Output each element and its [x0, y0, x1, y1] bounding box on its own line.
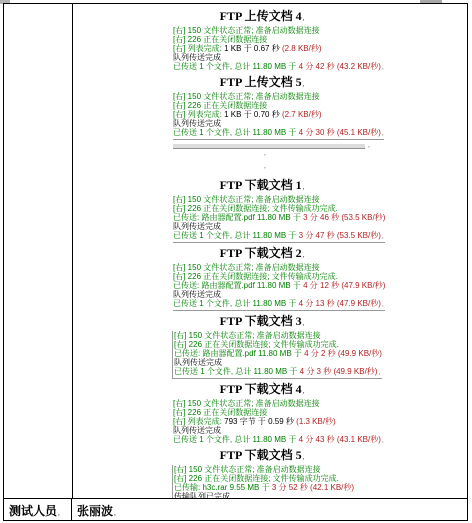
log-text: 已传送 1 个文件, 总计 11.80 MB 于: [173, 62, 299, 71]
empty-paragraph: ,: [263, 149, 467, 162]
paragraph-mark: ,: [378, 369, 380, 376]
log-block: [右] 150 文件状态正常; 准备启动数据连接[右] 226 正在关闭数据连接…: [172, 331, 382, 379]
paragraph-mark: ,: [382, 233, 384, 240]
log-text: 4 分 42 秒 (43.2 KB/秒): [299, 62, 381, 71]
log-text: 队列传送完成: [173, 290, 221, 299]
log-text: [右] 列表完成:: [173, 417, 224, 426]
log-line: 已传送: 路由器配置.pdf 11.80 MB 于 4 分 12 秒 (47.9…: [173, 281, 385, 290]
log-block: [右] 150 文件状态正常; 准备启动数据连接[右] 226 正在关闭数据连接…: [172, 465, 381, 498]
log-text: 4 分 3 秒 (49.9 KB/秒): [300, 367, 378, 376]
section-gap: ,,,: [73, 141, 467, 175]
tester-label: 测试人员: [9, 504, 57, 518]
screenshot-edge-row: ,: [173, 141, 467, 149]
log-text: 队列传送完成: [173, 222, 221, 231]
log-text: 已传送 1 个文件, 总计 11.80 MB 于: [174, 367, 300, 376]
log-text: [右] 150 文件状态正常; 准备启动数据连接: [174, 331, 321, 340]
log-text: 已传输: h3c.rar 9.55 MB 于: [174, 483, 272, 492]
log-text: 已传送 1 个文件, 总计 11.80 MB 于: [173, 128, 299, 137]
log-text: 3 分 47 秒 (53.5 KB/秒): [299, 231, 381, 240]
log-block: [右] 150 文件状态正常; 准备启动数据连接[右] 226 正在关闭数据连接…: [173, 263, 385, 311]
log-text: [右] 226 正在关闭数据连接: [173, 101, 267, 110]
log-text: 已传送: 路由器配置.pdf 11.80 MB 于: [174, 349, 304, 358]
ftp-section: FTP 下载文档 5,[右] 150 文件状态正常; 准备启动数据连接[右] 2…: [73, 449, 467, 498]
tester-row: 测试人员, 张丽波,: [4, 498, 467, 520]
log-line: 队列传送完成: [173, 290, 385, 299]
paragraph-mark: ,: [368, 141, 370, 149]
section-title: FTP 下载文档 3,: [73, 315, 451, 330]
log-text: 793 字节 于 0.59 秒: [224, 417, 296, 426]
paragraph-mark: ,: [303, 387, 305, 395]
log-text: 4 分 12 秒 (47.9 KB/秒): [303, 281, 385, 290]
log-line: [右] 226 正在关闭数据连接: [173, 101, 384, 110]
log-block: [右] 150 文件状态正常; 准备启动数据连接[右] 226 正在关闭数据连接…: [173, 92, 384, 140]
log-line: [右] 226 正在关闭数据连接; 文件传输成功完成.: [173, 204, 385, 213]
paragraph-mark: ,: [303, 319, 305, 327]
section-title: FTP 下载文档 1,: [73, 179, 451, 194]
paragraph-mark: ,: [382, 301, 384, 308]
table-left-cell: [4, 4, 73, 498]
log-text: [右] 150 文件状态正常; 准备启动数据连接: [173, 92, 320, 101]
log-text: 已传送 1 个文件, 总计 11.80 MB 于: [173, 231, 299, 240]
section-title-text: FTP 上传文档 5: [220, 75, 302, 89]
log-content: FTP 上传文档 4,[右] 150 文件状态正常; 准备启动数据连接[右] 2…: [73, 4, 467, 498]
log-text: 已传送: 路由器配置.pdf 11.80 MB 于: [173, 281, 303, 290]
log-text: (2.7 KB/秒): [282, 110, 322, 119]
log-line: [右] 150 文件状态正常; 准备启动数据连接: [174, 331, 382, 340]
paragraph-mark: ,: [58, 509, 60, 517]
log-text: [右] 150 文件状态正常; 准备启动数据连接: [173, 263, 320, 272]
log-line: 队列传送完成: [174, 358, 382, 367]
log-line: [右] 226 正在关闭数据连接: [173, 35, 384, 44]
section-title: FTP 下载文档 2,: [73, 247, 451, 262]
log-block: [右] 150 文件状态正常; 准备启动数据连接[右] 226 正在关闭数据连接…: [173, 195, 385, 243]
log-line: [右] 150 文件状态正常; 准备启动数据连接: [173, 195, 385, 204]
log-line: [右] 226 正在关闭数据连接: [173, 408, 384, 417]
section-title-text: FTP 下载文档 5: [220, 448, 302, 462]
tester-name: 张丽波: [77, 504, 113, 518]
paragraph-mark: ,: [264, 162, 266, 170]
log-line: 已传送 1 个文件, 总计 11.80 MB 于 4 分 30 秒 (45.1 …: [173, 128, 384, 138]
section-title-text: FTP 上传文档 4: [220, 9, 302, 23]
log-line: [右] 列表完成: 1 KB 于 0.67 秒 (2.8 KB/秒): [173, 44, 384, 53]
log-line: [右] 150 文件状态正常; 准备启动数据连接: [173, 26, 384, 35]
paragraph-mark: ,: [382, 130, 384, 137]
ftp-section: FTP 上传文档 5,[右] 150 文件状态正常; 准备启动数据连接[右] 2…: [73, 76, 467, 140]
log-text: 3 分 46 秒 (53.5 KB/秒): [303, 213, 385, 222]
log-text: 1 KB 于 0.67 秒: [224, 44, 282, 53]
log-line: 队列传送完成: [173, 53, 384, 62]
log-line: [右] 列表完成: 793 字节 于 0.59 秒 (1.3 KB/秒): [173, 417, 384, 426]
tester-name-cell: 张丽波,: [72, 499, 467, 520]
log-text: [右] 226 正在关闭数据连接: [173, 408, 267, 417]
log-line: 已传送 1 个文件, 总计 11.80 MB 于 4 分 3 秒 (49.9 K…: [174, 367, 382, 377]
log-text: [右] 150 文件状态正常; 准备启动数据连接: [174, 465, 321, 474]
log-line: 已传送 1 个文件, 总计 11.80 MB 于 3 分 47 秒 (53.5 …: [173, 231, 385, 241]
section-title: FTP 下载文档 5,: [73, 449, 451, 464]
log-text: 队列传送完成: [173, 426, 221, 435]
paragraph-mark: ,: [303, 14, 305, 22]
section-title: FTP 下载文档 4,: [73, 383, 451, 398]
log-block: [右] 150 文件状态正常; 准备启动数据连接[右] 226 正在关闭数据连接…: [173, 399, 384, 445]
log-line: 已传送: 路由器配置.pdf 11.80 MB 于 3 分 46 秒 (53.5…: [173, 213, 385, 222]
log-text: 已传送 1 个文件, 总计 11.80 MB 于: [173, 299, 299, 308]
paragraph-mark: ,: [303, 453, 305, 461]
log-text: (2.8 KB/秒): [282, 44, 322, 53]
log-line: 已传输: h3c.rar 9.55 MB 于 3 分 52 秒 (42.1 KB…: [174, 483, 381, 492]
paragraph-mark: ,: [264, 149, 266, 157]
log-line: 队列传送完成: [173, 426, 384, 435]
log-text: 4 分 13 秒 (47.9 KB/秒): [299, 299, 381, 308]
screenshot-bottom-edge: [173, 144, 365, 149]
log-line: [右] 150 文件状态正常; 准备启动数据连接: [173, 263, 385, 272]
log-text: 队列传送完成: [173, 53, 221, 62]
log-text: [右] 226 正在关闭数据连接: [173, 35, 267, 44]
log-line: 已传送 1 个文件, 总计 11.80 MB 于 4 分 13 秒 (47.9 …: [173, 299, 385, 309]
section-title-text: FTP 下载文档 3: [220, 314, 302, 328]
log-line: 已传送: 路由器配置.pdf 11.80 MB 于 4 分 2 秒 (49.9 …: [174, 349, 382, 358]
ftp-section: FTP 下载文档 3,[右] 150 文件状态正常; 准备启动数据连接[右] 2…: [73, 315, 467, 379]
log-text: [右] 226 正在关闭数据连接; 文件传输成功完成.: [173, 204, 338, 213]
log-text: 队列传送完成: [173, 119, 221, 128]
log-block: [右] 150 文件状态正常; 准备启动数据连接[右] 226 正在关闭数据连接…: [173, 26, 384, 72]
paragraph-mark: ,: [382, 437, 384, 444]
log-text: [右] 226 正在关闭数据连接; 文件传输成功完成.: [173, 272, 338, 281]
log-text: 4 分 43 秒 (43.1 KB/秒): [299, 435, 381, 444]
paragraph-mark: ,: [303, 80, 305, 88]
ftp-section: FTP 下载文档 1,[右] 150 文件状态正常; 准备启动数据连接[右] 2…: [73, 179, 467, 243]
paragraph-mark: ,: [114, 509, 116, 517]
log-line: [右] 150 文件状态正常; 准备启动数据连接: [173, 399, 384, 408]
log-text: [右] 226 正在关闭数据连接; 文件传输成功完成.: [174, 474, 339, 483]
log-text: [右] 150 文件状态正常; 准备启动数据连接: [173, 195, 320, 204]
empty-paragraph: ,: [263, 162, 467, 175]
ftp-section: FTP 上传文档 4,[右] 150 文件状态正常; 准备启动数据连接[右] 2…: [73, 10, 467, 72]
paragraph-mark: ,: [382, 64, 384, 71]
log-text: 队列传送完成: [174, 358, 222, 367]
section-title-text: FTP 下载文档 4: [220, 382, 302, 396]
paragraph-mark: ,: [303, 251, 305, 259]
log-line: 队列传送完成: [173, 222, 385, 231]
log-line: 已传送 1 个文件, 总计 11.80 MB 于 4 分 42 秒 (43.2 …: [173, 62, 384, 72]
log-text: (1.3 KB/秒): [296, 417, 336, 426]
log-text: [右] 226 正在关闭数据连接; 文件传输成功完成.: [174, 340, 339, 349]
ftp-section: FTP 下载文档 4,[右] 150 文件状态正常; 准备启动数据连接[右] 2…: [73, 383, 467, 445]
section-title: FTP 上传文档 5,: [73, 76, 451, 91]
log-line: [右] 150 文件状态正常; 准备启动数据连接: [173, 92, 384, 101]
section-title-text: FTP 下载文档 2: [220, 246, 302, 260]
log-line: 队列传送完成: [173, 119, 384, 128]
ftp-section: FTP 下载文档 2,[右] 150 文件状态正常; 准备启动数据连接[右] 2…: [73, 247, 467, 311]
log-text: 1 KB 于 0.70 秒: [224, 110, 282, 119]
log-text: 已传送: 路由器配置.pdf 11.80 MB 于: [173, 213, 303, 222]
log-line: [右] 150 文件状态正常; 准备启动数据连接: [174, 465, 381, 474]
section-title-text: FTP 下载文档 1: [220, 178, 302, 192]
section-title: FTP 上传文档 4,: [73, 10, 451, 25]
log-text: [右] 列表完成:: [173, 110, 224, 119]
log-line: [右] 226 正在关闭数据连接; 文件传输成功完成.: [174, 340, 382, 349]
log-text: [右] 150 文件状态正常; 准备启动数据连接: [173, 399, 320, 408]
paragraph-mark: ,: [303, 183, 305, 191]
log-text: 已传送 1 个文件, 总计 11.80 MB 于: [173, 435, 299, 444]
log-line: [右] 列表完成: 1 KB 于 0.70 秒 (2.7 KB/秒): [173, 110, 384, 119]
log-line: [右] 226 正在关闭数据连接; 文件传输成功完成.: [174, 474, 381, 483]
log-text: 3 分 52 秒 (42.1 KB/秒): [272, 483, 354, 492]
table-main-row: FTP 上传文档 4,[右] 150 文件状态正常; 准备启动数据连接[右] 2…: [4, 4, 467, 498]
log-text: 4 分 2 秒 (49.9 KB/秒): [304, 349, 382, 358]
log-text: 4 分 30 秒 (45.1 KB/秒): [299, 128, 381, 137]
test-report-table: FTP 上传文档 4,[右] 150 文件状态正常; 准备启动数据连接[右] 2…: [3, 3, 468, 521]
log-text: [右] 150 文件状态正常; 准备启动数据连接: [173, 26, 320, 35]
tester-label-cell: 测试人员,: [4, 499, 72, 520]
log-line: 已传送 1 个文件, 总计 11.80 MB 于 4 分 43 秒 (43.1 …: [173, 435, 384, 445]
log-text: [右] 列表完成:: [173, 44, 224, 53]
log-line: [右] 226 正在关闭数据连接; 文件传输成功完成.: [173, 272, 385, 281]
